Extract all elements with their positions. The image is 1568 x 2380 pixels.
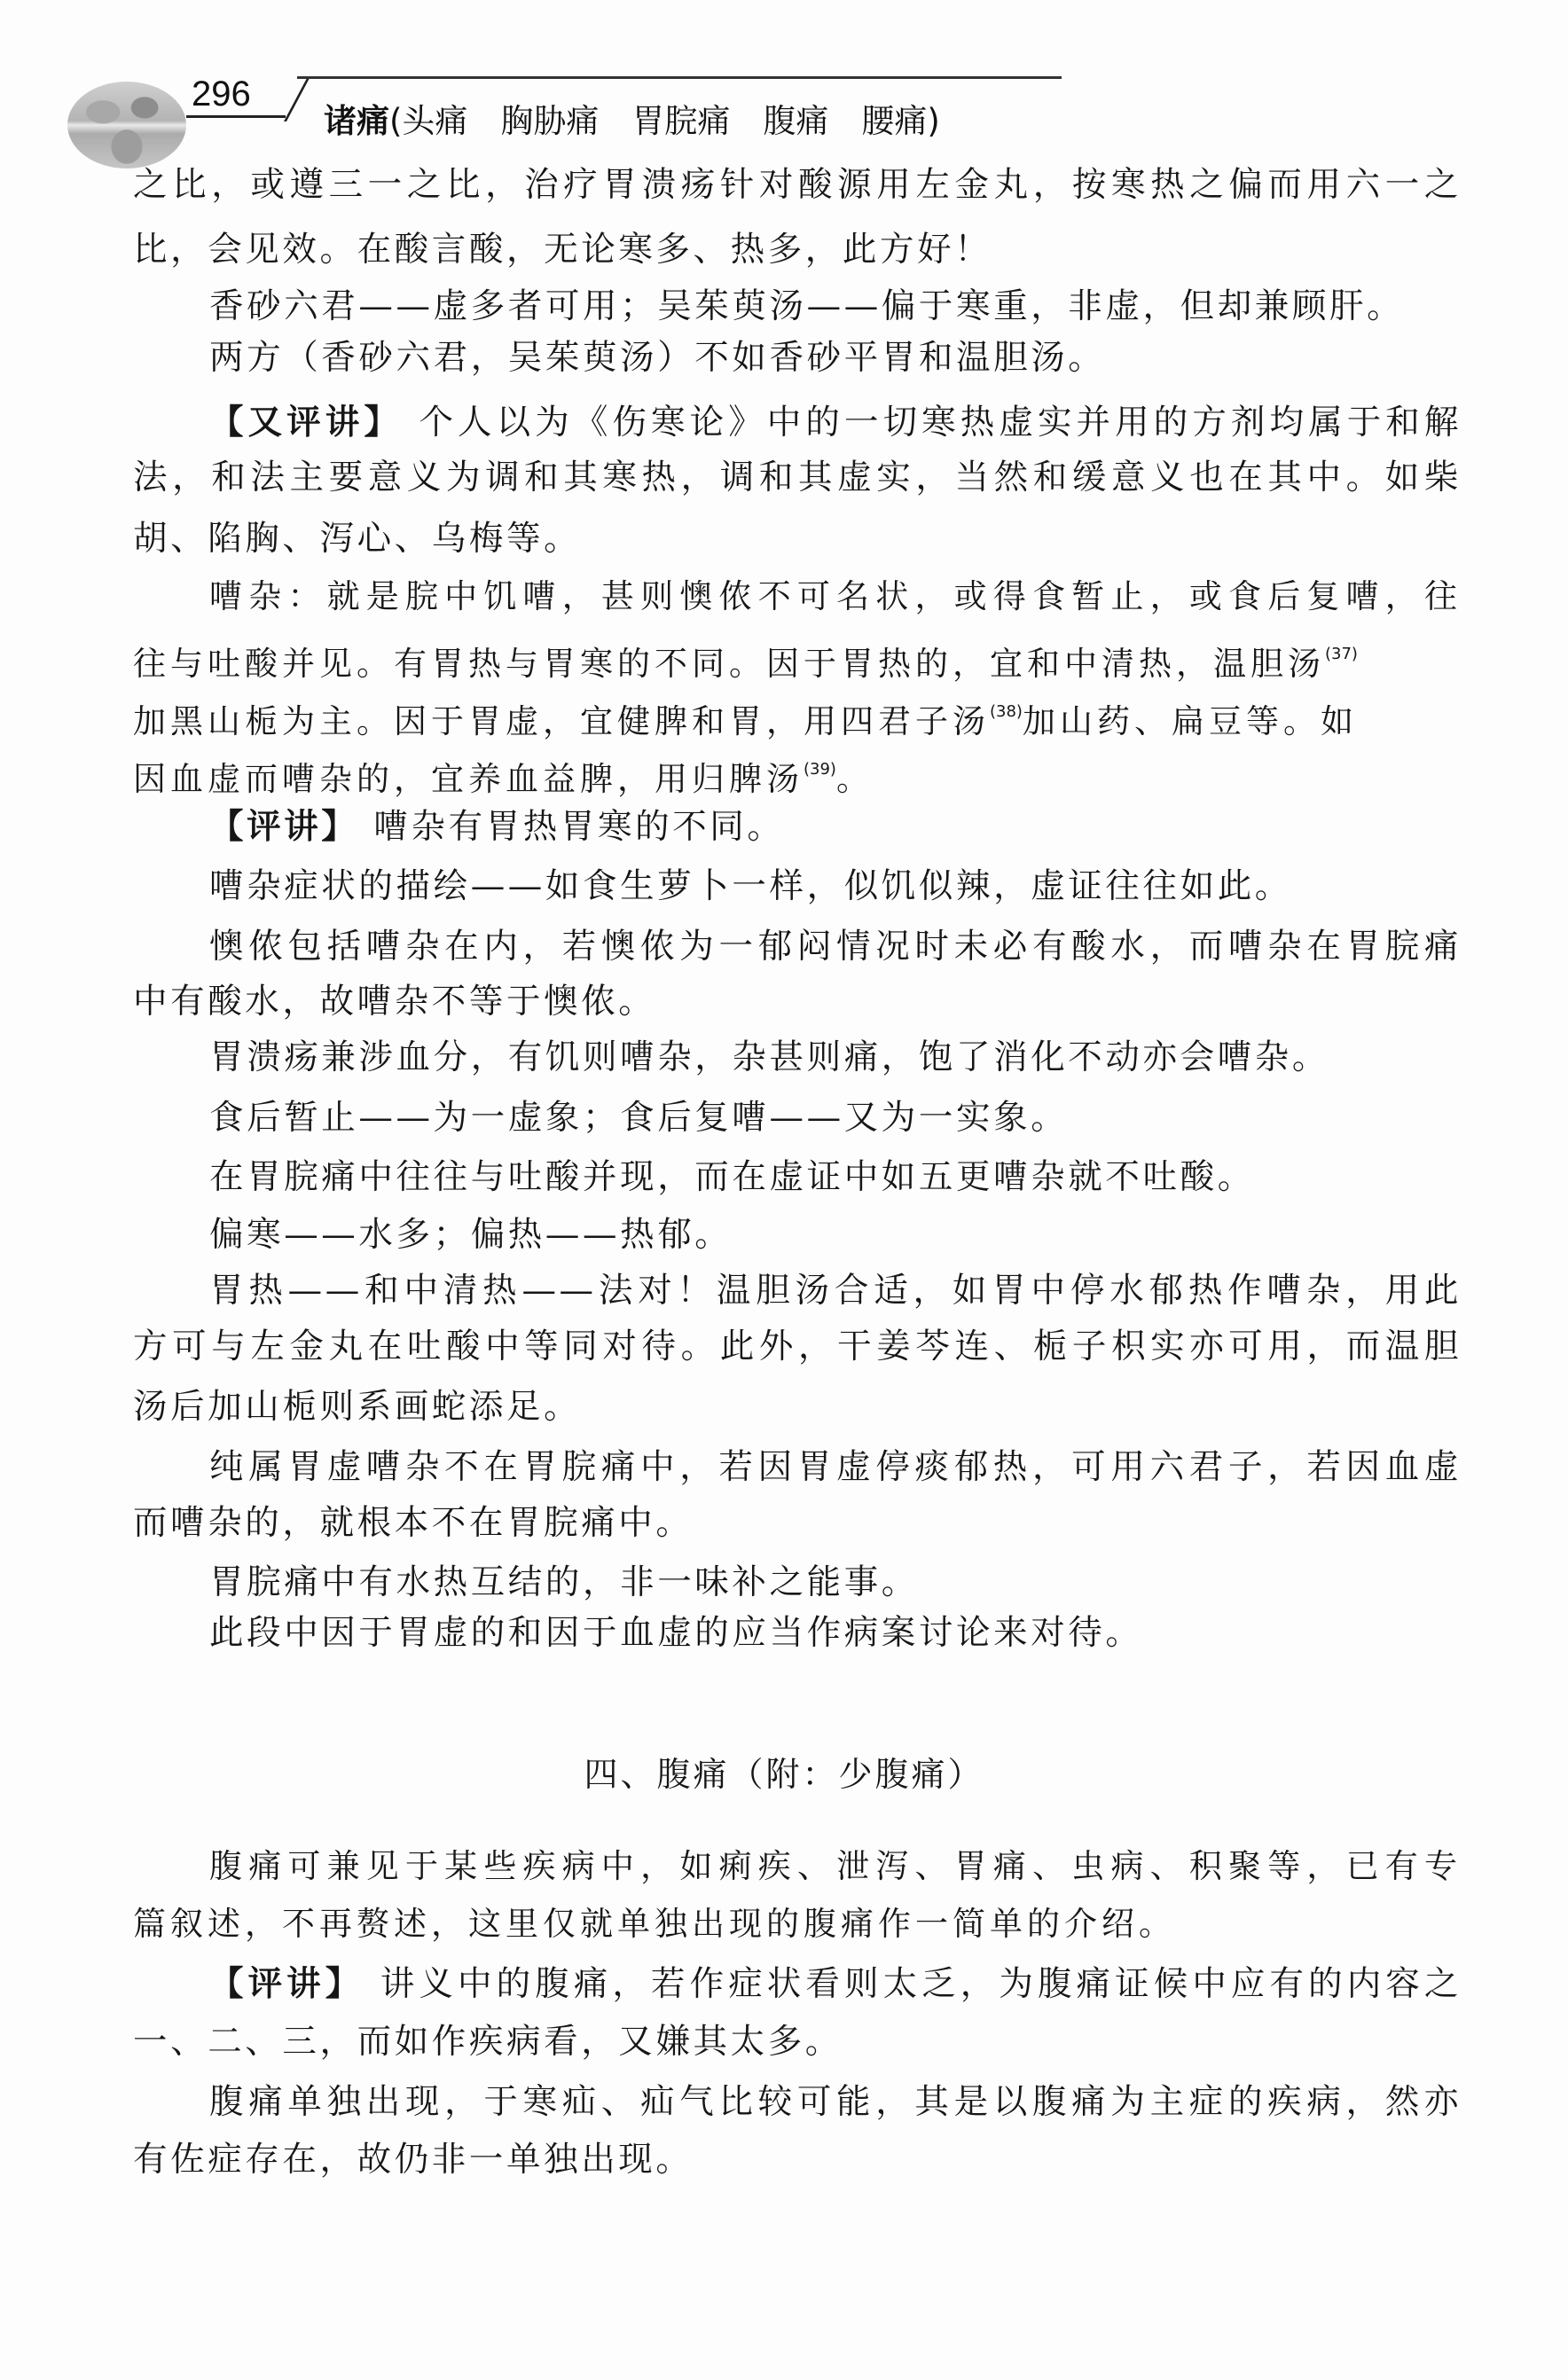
text-line: 胃脘痛中有水热互结的，非一味补之能事。	[209, 1561, 1462, 1605]
line-text: 汤后加山栀则系画蛇添足。	[133, 1387, 581, 1427]
line-text-tail: 加山药、扁豆等。如	[1023, 702, 1358, 740]
line-text: 加黑山栀为主。因于胃虚，宜健脾和胃，用四君子汤	[133, 702, 990, 740]
text-line: 法，和法主要意义为调和其寒热，调和其虚实，当然和缓意义也在其中。如柴	[133, 456, 1462, 500]
line-text: 香砂六君——虚多者可用；吴茱萸汤——偏于寒重，非虚，但却兼顾肝。	[209, 286, 1404, 326]
line-text: 腹痛单独出现，于寒疝、疝气比较可能，其是以腹痛为主症的疾病，然亦	[209, 2082, 1462, 2122]
line-text: 方可与左金丸在吐酸中等同对待。此外，干姜芩连、栀子枳实亦可用，而温胆	[133, 1327, 1462, 1366]
text-line: 之比，或遵三一之比，治疗胃溃疡针对酸源用左金丸，按寒热之偏而用六一之	[133, 163, 1462, 207]
text-line: 懊侬包括嘈杂在内，若懊侬为一郁闷情况时未必有酸水，而嘈杂在胃脘痛	[209, 925, 1462, 969]
text-line: 腹痛可兼见于某些疾病中，如痢疾、泄泻、胃痛、虫病、积聚等，已有专	[209, 1844, 1462, 1889]
text-line: 【又评讲】 个人以为《伤寒论》中的一切寒热虚实并用的方剂均属于和解	[209, 401, 1462, 445]
text-line: 在胃脘痛中往往与吐酸并现，而在虚证中如五更嘈杂就不吐酸。	[209, 1155, 1462, 1200]
book-page: 296 诸痛(头痛 胸胁痛 胃脘痛 腹痛 腰痛) 之比，或遵三一之比，治疗胃溃疡…	[0, 0, 1568, 2380]
page-number-underline	[186, 115, 286, 118]
line-text: 嘈杂有胃热胃寒的不同。	[373, 807, 784, 847]
text-line: 中有酸水，故嘈杂不等于懊侬。	[133, 980, 1462, 1024]
text-line: 篇叙述，不再赘述，这里仅就单独出现的腹痛作一简单的介绍。	[133, 1902, 1462, 1946]
page-number: 296	[192, 74, 251, 114]
line-text: 两方（香砂六君，吴茱萸汤）不如香砂平胃和温胆汤。	[209, 338, 1105, 378]
text-line: 一、二、三，而如作疾病看，又嫌其太多。	[133, 2020, 1462, 2064]
line-text: 胃热——和中清热——法对！温胆汤合适，如胃中停水郁热作嘈杂，用此	[209, 1271, 1462, 1311]
line-text: 胃溃疡兼涉血分，有饥则嘈杂，杂甚则痛，饱了消化不动亦会嘈杂。	[209, 1037, 1329, 1077]
line-text: 腹痛可兼见于某些疾病中，如痢疾、泄泻、胃痛、虫病、积聚等，已有专	[209, 1847, 1462, 1885]
text-line: 胃溃疡兼涉血分，有饥则嘈杂，杂甚则痛，饱了消化不动亦会嘈杂。	[209, 1036, 1462, 1080]
decorative-landscape-emblem-icon	[67, 82, 186, 168]
text-line: 纯属胃虚嘈杂不在胃脘痛中，若因胃虚停痰郁热，可用六君子，若因血虚	[209, 1445, 1462, 1490]
line-text: 比，会见效。在酸言酸，无论寒多、热多，此方好！	[133, 230, 992, 270]
text-line: 有佐症存在，故仍非一单独出现。	[133, 2138, 1462, 2182]
line-text: 有佐症存在，故仍非一单独出现。	[133, 2140, 694, 2180]
line-text: 偏寒——水多；偏热——热郁。	[209, 1215, 732, 1255]
commentary-label: 【评讲】	[209, 1964, 380, 2004]
text-line: 【评讲】 嘈杂有胃热胃寒的不同。	[209, 805, 1462, 849]
text-line: 加黑山栀为主。因于胃虚，宜健脾和胃，用四君子汤(38)加山药、扁豆等。如	[133, 690, 1462, 734]
text-line: 往与吐酸并见。有胃热与胃寒的不同。因于胃热的，宜和中清热，温胆汤(37)	[133, 632, 1462, 677]
text-line: 偏寒——水多；偏热——热郁。	[209, 1213, 1462, 1257]
line-text: 纯属胃虚嘈杂不在胃脘痛中，若因胃虚停痰郁热，可用六君子，若因血虚	[209, 1447, 1462, 1487]
text-line: 食后暂止——为一虚象；食后复嘈——又为一实象。	[209, 1096, 1462, 1140]
line-text: 在胃脘痛中往往与吐酸并现，而在虚证中如五更嘈杂就不吐酸。	[209, 1157, 1255, 1197]
text-line: 因血虚而嘈杂的，宜养血益脾，用归脾汤(39)。	[133, 748, 1462, 792]
line-text: 此段中因于胃虚的和因于血虚的应当作病案讨论来对待。	[209, 1613, 1143, 1653]
text-line: 此段中因于胃虚的和因于血虚的应当作病案讨论来对待。	[209, 1611, 1462, 1656]
line-text: 懊侬包括嘈杂在内，若懊侬为一郁闷情况时未必有酸水，而嘈杂在胃脘痛	[209, 927, 1462, 967]
line-text: 一、二、三，而如作疾病看，又嫌其太多。	[133, 2022, 843, 2062]
text-line: 比，会见效。在酸言酸，无论寒多、热多，此方好！	[133, 228, 1462, 272]
line-text: 中有酸水，故嘈杂不等于懊侬。	[133, 982, 655, 1022]
header-slash-divider	[284, 77, 310, 121]
text-line: 方可与左金丸在吐酸中等同对待。此外，干姜芩连、栀子枳实亦可用，而温胆	[133, 1325, 1462, 1369]
text-line: 胃热——和中清热——法对！温胆汤合适，如胃中停水郁热作嘈杂，用此	[209, 1269, 1462, 1313]
text-line: 嘈杂：就是脘中饥嘈，甚则懊侬不可名状，或得食暂止，或食后复嘈，往	[209, 575, 1462, 619]
text-line: 腹痛单独出现，于寒疝、疝气比较可能，其是以腹痛为主症的疾病，然亦	[209, 2080, 1462, 2125]
line-text: 胡、陷胸、泻心、乌梅等。	[133, 519, 581, 559]
text-line: 【评讲】 讲义中的腹痛，若作症状看则太乏，为腹痛证候中应有的内容之	[209, 1962, 1462, 2007]
running-title-subtopics: (头痛 胸胁痛 胃脘痛 腹痛 腰痛)	[389, 102, 940, 140]
line-text: 食后暂止——为一虚象；食后复嘈——又为一实象。	[209, 1098, 1068, 1138]
line-text: 法，和法主要意义为调和其寒热，调和其虚实，当然和缓意义也在其中。如柴	[133, 458, 1462, 497]
line-text: 个人以为《伤寒论》中的一切寒热虚实并用的方剂均属于和解	[419, 403, 1462, 442]
line-text: 之比，或遵三一之比，治疗胃溃疡针对酸源用左金丸，按寒热之偏而用六一之	[133, 165, 1462, 205]
line-text: 嘈杂：就是脘中饥嘈，甚则懊侬不可名状，或得食暂止，或食后复嘈，往	[209, 577, 1462, 615]
section-heading: 四、腹痛（附：少腹痛）	[0, 1752, 1568, 1797]
footnote-reference: (37)	[1325, 645, 1358, 663]
commentary-label: 【评讲】	[209, 807, 373, 847]
line-text: 胃脘痛中有水热互结的，非一味补之能事。	[209, 1562, 919, 1602]
footnote-reference: (38)	[990, 702, 1023, 721]
line-text: 而嘈杂的，就根本不在胃脘痛中。	[133, 1503, 694, 1543]
line-text-tail: 。	[836, 760, 874, 798]
line-text: 篇叙述，不再赘述，这里仅就单独出现的腹痛作一简单的介绍。	[133, 1905, 1176, 1943]
line-text: 因血虚而嘈杂的，宜养血益脾，用归脾汤	[133, 760, 804, 798]
text-line: 嘈杂症状的描绘——如食生萝卜一样，似饥似辣，虚证往往如此。	[209, 865, 1462, 909]
text-line: 胡、陷胸、泻心、乌梅等。	[133, 517, 1462, 561]
text-line: 而嘈杂的，就根本不在胃脘痛中。	[133, 1501, 1462, 1546]
running-title: 诸痛(头痛 胸胁痛 胃脘痛 腹痛 腰痛)	[324, 99, 940, 144]
commentary-label: 【又评讲】	[209, 403, 419, 442]
line-text: 讲义中的腹痛，若作症状看则太乏，为腹痛证候中应有的内容之	[380, 1964, 1462, 2004]
text-line: 汤后加山栀则系画蛇添足。	[133, 1385, 1462, 1429]
text-line: 香砂六君——虚多者可用；吴茱萸汤——偏于寒重，非虚，但却兼顾肝。	[209, 285, 1462, 329]
line-text: 嘈杂症状的描绘——如食生萝卜一样，似饥似辣，虚证往往如此。	[209, 866, 1292, 906]
running-title-main: 诸痛	[324, 102, 389, 140]
line-text: 往与吐酸并见。有胃热与胃寒的不同。因于胃热的，宜和中清热，温胆汤	[133, 645, 1325, 683]
footnote-reference: (39)	[804, 760, 836, 779]
text-line: 两方（香砂六君，吴茱萸汤）不如香砂平胃和温胆汤。	[209, 336, 1462, 380]
header-rule	[297, 76, 1062, 79]
